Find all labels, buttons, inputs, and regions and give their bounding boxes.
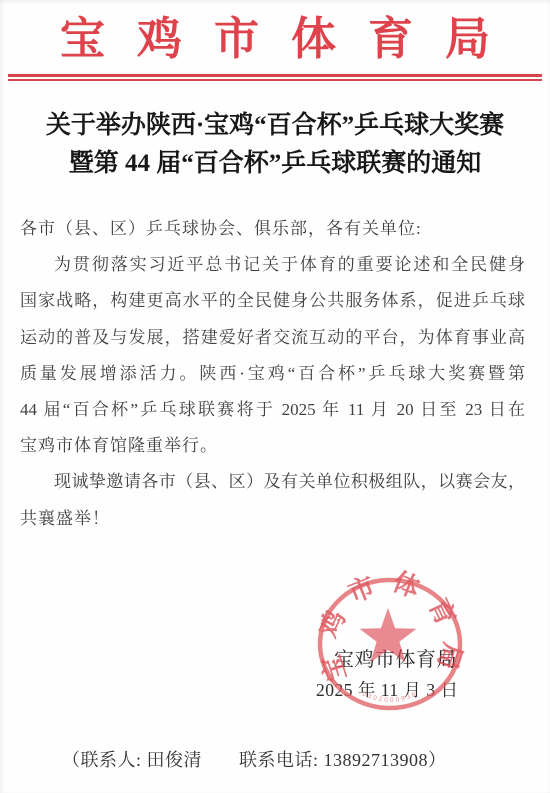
letterhead-org-name: 宝鸡市体育局 — [0, 12, 550, 66]
svg-text:0302000938: 0302000938 — [361, 690, 419, 704]
body-line: 国家战略，构建更高水平的全民健身公共服务体系，促进乒乓球 — [20, 283, 525, 319]
salutation-line: 各市（县、区）乒乓球协会、俱乐部，各有关单位: — [20, 211, 525, 247]
star-icon — [360, 608, 417, 662]
document-page: 宝鸡市体育局 关于举办陕西·宝鸡“百合杯”乒乓球大奖赛 暨第 44 届“百合杯”… — [0, 0, 550, 793]
body-line: 质量发展增添活力。陕西·宝鸡“百合杯”乒乓球大奖赛暨第 — [20, 356, 525, 392]
document-title-line1: 关于举办陕西·宝鸡“百合杯”乒乓球大奖赛 — [10, 107, 540, 145]
seal-serial-number: 0302000938 — [361, 690, 419, 704]
official-seal-stamp: 宝鸡市体育局 0302000938 — [308, 566, 472, 722]
letterhead-divider — [8, 74, 542, 81]
body-line: 为贯彻落实习近平总书记关于体育的重要论述和全民健身 — [20, 247, 525, 283]
body-line: 宝鸡市体育馆隆重举行。 — [20, 428, 525, 464]
document-title: 关于举办陕西·宝鸡“百合杯”乒乓球大奖赛 暨第 44 届“百合杯”乒乓球联赛的通… — [10, 107, 540, 183]
contact-footer: （联系人: 田俊清 联系电话: 13892713908） — [62, 746, 447, 772]
body-line: 共襄盛举！ — [20, 501, 525, 537]
body-line: 44 届“百合杯”乒乓球联赛将于 2025 年 11 月 20 日至 23 日在 — [20, 392, 525, 428]
document-body: 各市（县、区）乒乓球协会、俱乐部，各有关单位: 为贯彻落实习近平总书记关于体育的… — [20, 211, 525, 537]
body-line: 现诚挚邀请各市（县、区）及有关单位积极组队，以赛会友， — [20, 464, 525, 500]
body-line: 运动的普及与发展，搭建爱好者交流互动的平台，为体育事业高 — [20, 320, 525, 356]
document-title-line2: 暨第 44 届“百合杯”乒乓球联赛的通知 — [10, 145, 540, 183]
